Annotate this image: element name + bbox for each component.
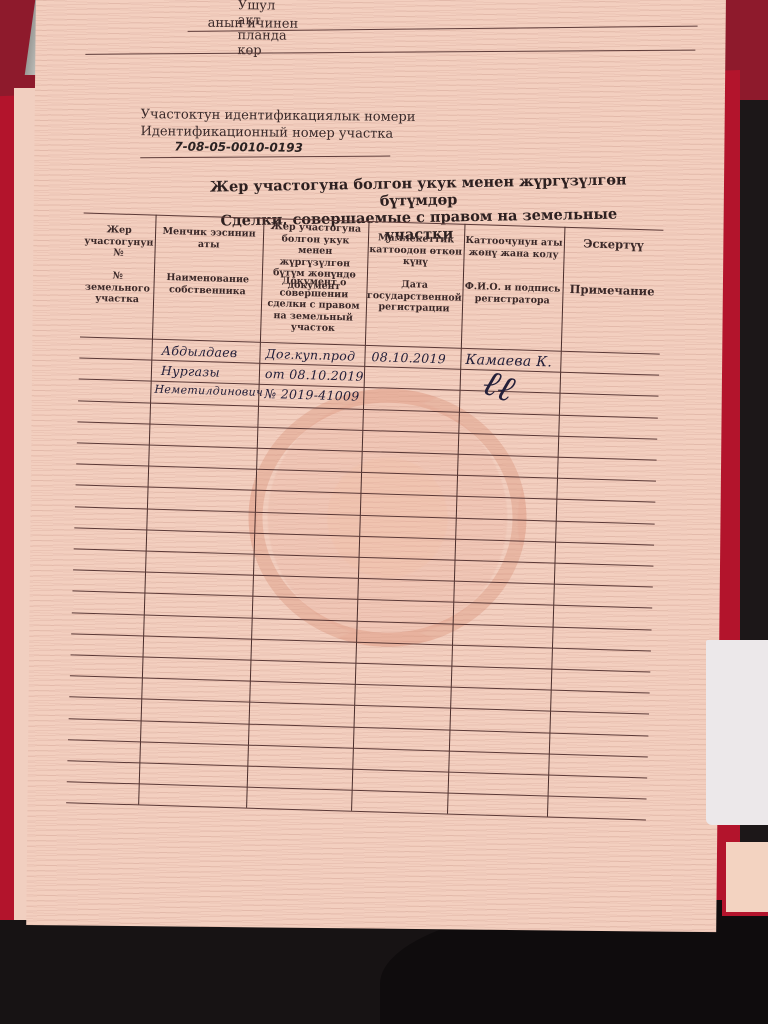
row-divider bbox=[74, 548, 654, 566]
transactions-table: Жер участогунун № № земельного участка М… bbox=[67, 213, 664, 800]
white-paper-sheet bbox=[706, 640, 768, 825]
column-header-plot-no: Жер участогунун № № земельного участка bbox=[80, 214, 156, 340]
row-divider bbox=[77, 421, 657, 439]
plot-id-number: 7-08-05-0010-0193 bbox=[174, 139, 303, 154]
document-line-3: № 2019-41009 bbox=[264, 386, 360, 404]
column-header-registration-date: Мамлекеттик каттоодон өткөн күнү Дата го… bbox=[365, 222, 465, 349]
row-divider bbox=[70, 675, 650, 693]
row-divider bbox=[73, 570, 653, 588]
row-divider bbox=[72, 591, 652, 609]
plot-id-label: Участоктун идентификациялык номери Идент… bbox=[140, 106, 415, 143]
document-line-2: от 08.10.2019 bbox=[265, 366, 364, 384]
row-divider bbox=[66, 803, 646, 821]
owner-line-1: Абдылдаев bbox=[161, 343, 237, 360]
owner-line-3: Неметилдинович bbox=[154, 383, 263, 399]
column-header-document: Жер участогуна болгон укук менен жүргүзү… bbox=[260, 219, 369, 346]
dark-fabric-background bbox=[0, 920, 768, 1024]
column-header-registrar: Каттоочунун аты жөнү жана колу Ф.И.О. и … bbox=[461, 225, 565, 352]
column-header-owner: Менчик ээсинин аты Наименование собствен… bbox=[152, 216, 264, 343]
row-divider bbox=[75, 506, 655, 524]
column-header-note: Эскертүү Примечание bbox=[561, 228, 664, 355]
row-divider bbox=[77, 442, 657, 460]
row-divider bbox=[67, 760, 647, 778]
divider-line bbox=[85, 50, 695, 55]
row-divider bbox=[68, 739, 648, 757]
row-divider bbox=[67, 781, 647, 799]
row-divider bbox=[71, 654, 651, 672]
row-divider bbox=[69, 697, 649, 715]
row-divider bbox=[72, 612, 652, 630]
row-divider bbox=[76, 464, 656, 482]
document-line-1: Дог.куп.прод bbox=[265, 346, 355, 364]
registrar-signature: ℓℓ bbox=[478, 361, 520, 411]
right-paper-slip bbox=[722, 842, 768, 916]
row-divider bbox=[78, 400, 658, 418]
row-divider bbox=[71, 633, 651, 651]
land-registry-page: Ушул акт планда көр анын ичинен Участокт… bbox=[26, 0, 726, 932]
table-header: Жер участогунун № № земельного участка М… bbox=[80, 213, 663, 355]
row-divider bbox=[76, 485, 656, 503]
row-divider bbox=[74, 527, 654, 545]
registration-date: 08.10.2019 bbox=[371, 349, 446, 366]
id-underline bbox=[140, 156, 390, 159]
row-divider bbox=[69, 718, 649, 736]
owner-line-2: Нургазы bbox=[161, 363, 220, 380]
